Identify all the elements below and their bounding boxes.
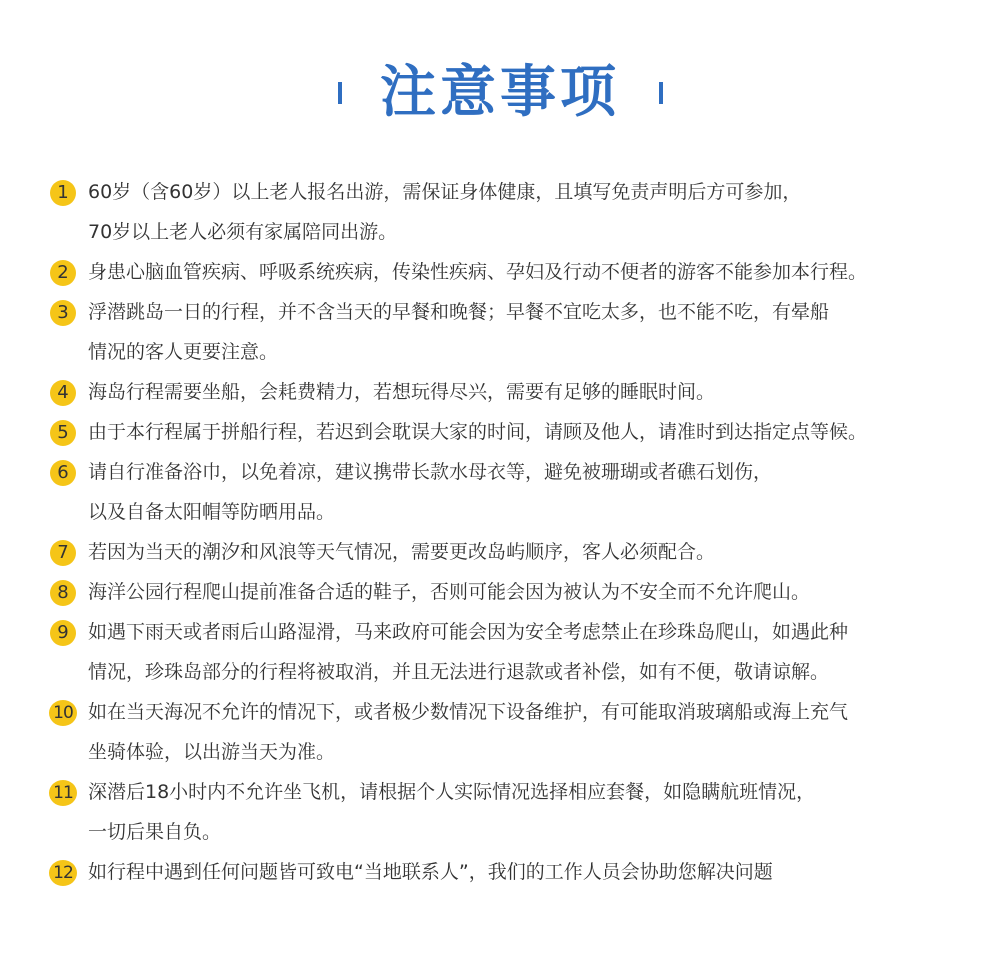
notice-list: 160岁（含60岁）以上老人报名出游，需保证身体健康，且填写免责声明后方可参加，… bbox=[50, 172, 980, 892]
notice-text-line: 身患心脑血管疾病、呼吸系统疾病，传染性疾病、孕妇及行动不便者的游客不能参加本行程… bbox=[88, 252, 980, 292]
notice-text-line: 以及自备太阳帽等防晒用品。 bbox=[88, 492, 980, 532]
notice-text-line: 60岁（含60岁）以上老人报名出游，需保证身体健康，且填写免责声明后方可参加， bbox=[88, 172, 980, 212]
notice-item: 160岁（含60岁）以上老人报名出游，需保证身体健康，且填写免责声明后方可参加，… bbox=[50, 172, 980, 252]
notice-item: 7若因为当天的潮汐和风浪等天气情况，需要更改岛屿顺序，客人必须配合。 bbox=[50, 532, 980, 572]
notice-text-line: 如行程中遇到任何问题皆可致电“当地联系人”，我们的工作人员会协助您解决问题 bbox=[88, 852, 980, 892]
notice-text-line: 海洋公园行程爬山提前准备合适的鞋子，否则可能会因为被认为不安全而不允许爬山。 bbox=[88, 572, 980, 612]
notice-text-line: 深潜后18小时内不允许坐飞机，请根据个人实际情况选择相应套餐，如隐瞒航班情况， bbox=[88, 772, 980, 812]
notice-item: 2身患心脑血管疾病、呼吸系统疾病，传染性疾病、孕妇及行动不便者的游客不能参加本行… bbox=[50, 252, 980, 292]
notice-text-line: 情况，珍珠岛部分的行程将被取消，并且无法进行退款或者补偿，如有不便，敬请谅解。 bbox=[88, 652, 980, 692]
number-badge: 3 bbox=[50, 300, 76, 326]
notice-item: 10如在当天海况不允许的情况下，或者极少数情况下设备维护，有可能取消玻璃船或海上… bbox=[50, 692, 980, 772]
notice-item: 11深潜后18小时内不允许坐飞机，请根据个人实际情况选择相应套餐，如隐瞒航班情况… bbox=[50, 772, 980, 852]
notice-text-line: 情况的客人更要注意。 bbox=[88, 332, 980, 372]
notice-text-line: 若因为当天的潮汐和风浪等天气情况，需要更改岛屿顺序，客人必须配合。 bbox=[88, 532, 980, 572]
number-badge: 12 bbox=[49, 860, 77, 886]
notice-text-line: 一切后果自负。 bbox=[88, 812, 980, 852]
notice-text-line: 70岁以上老人必须有家属陪同出游。 bbox=[88, 212, 980, 252]
title-divider-right bbox=[659, 82, 663, 104]
number-badge: 2 bbox=[50, 260, 76, 286]
number-badge: 5 bbox=[50, 420, 76, 446]
notice-text-line: 坐骑体验，以出游当天为准。 bbox=[88, 732, 980, 772]
notice-text-line: 如遇下雨天或者雨后山路湿滑，马来政府可能会因为安全考虑禁止在珍珠岛爬山，如遇此种 bbox=[88, 612, 980, 652]
number-badge: 4 bbox=[50, 380, 76, 406]
number-badge: 6 bbox=[50, 460, 76, 486]
notice-text-line: 请自行准备浴巾，以免着凉，建议携带长款水母衣等，避免被珊瑚或者礁石划伤， bbox=[88, 452, 980, 492]
number-badge: 11 bbox=[49, 780, 77, 806]
notice-item: 3浮潜跳岛一日的行程，并不含当天的早餐和晚餐；早餐不宜吃太多，也不能不吃，有晕船… bbox=[50, 292, 980, 372]
number-badge: 10 bbox=[49, 700, 77, 726]
notice-item: 8海洋公园行程爬山提前准备合适的鞋子，否则可能会因为被认为不安全而不允许爬山。 bbox=[50, 572, 980, 612]
number-badge: 7 bbox=[50, 540, 76, 566]
notice-item: 6请自行准备浴巾，以免着凉，建议携带长款水母衣等，避免被珊瑚或者礁石划伤，以及自… bbox=[50, 452, 980, 532]
notice-text-line: 如在当天海况不允许的情况下，或者极少数情况下设备维护，有可能取消玻璃船或海上充气 bbox=[88, 692, 980, 732]
notice-item: 12如行程中遇到任何问题皆可致电“当地联系人”，我们的工作人员会协助您解决问题 bbox=[50, 852, 980, 892]
notice-item: 4海岛行程需要坐船，会耗费精力，若想玩得尽兴，需要有足够的睡眠时间。 bbox=[50, 372, 980, 412]
number-badge: 8 bbox=[50, 580, 76, 606]
page-title: 注意事项 bbox=[0, 58, 1000, 128]
number-badge: 1 bbox=[50, 180, 76, 206]
notice-item: 5由于本行程属于拼船行程，若迟到会耽误大家的时间，请顾及他人，请准时到达指定点等… bbox=[50, 412, 980, 452]
number-badge: 9 bbox=[50, 620, 76, 646]
notice-text-line: 浮潜跳岛一日的行程，并不含当天的早餐和晚餐；早餐不宜吃太多，也不能不吃，有晕船 bbox=[88, 292, 980, 332]
notice-item: 9如遇下雨天或者雨后山路湿滑，马来政府可能会因为安全考虑禁止在珍珠岛爬山，如遇此… bbox=[50, 612, 980, 692]
header: 注意事项 bbox=[0, 58, 1000, 128]
notice-text-line: 由于本行程属于拼船行程，若迟到会耽误大家的时间，请顾及他人，请准时到达指定点等候… bbox=[88, 412, 980, 452]
notice-text-line: 海岛行程需要坐船，会耗费精力，若想玩得尽兴，需要有足够的睡眠时间。 bbox=[88, 372, 980, 412]
